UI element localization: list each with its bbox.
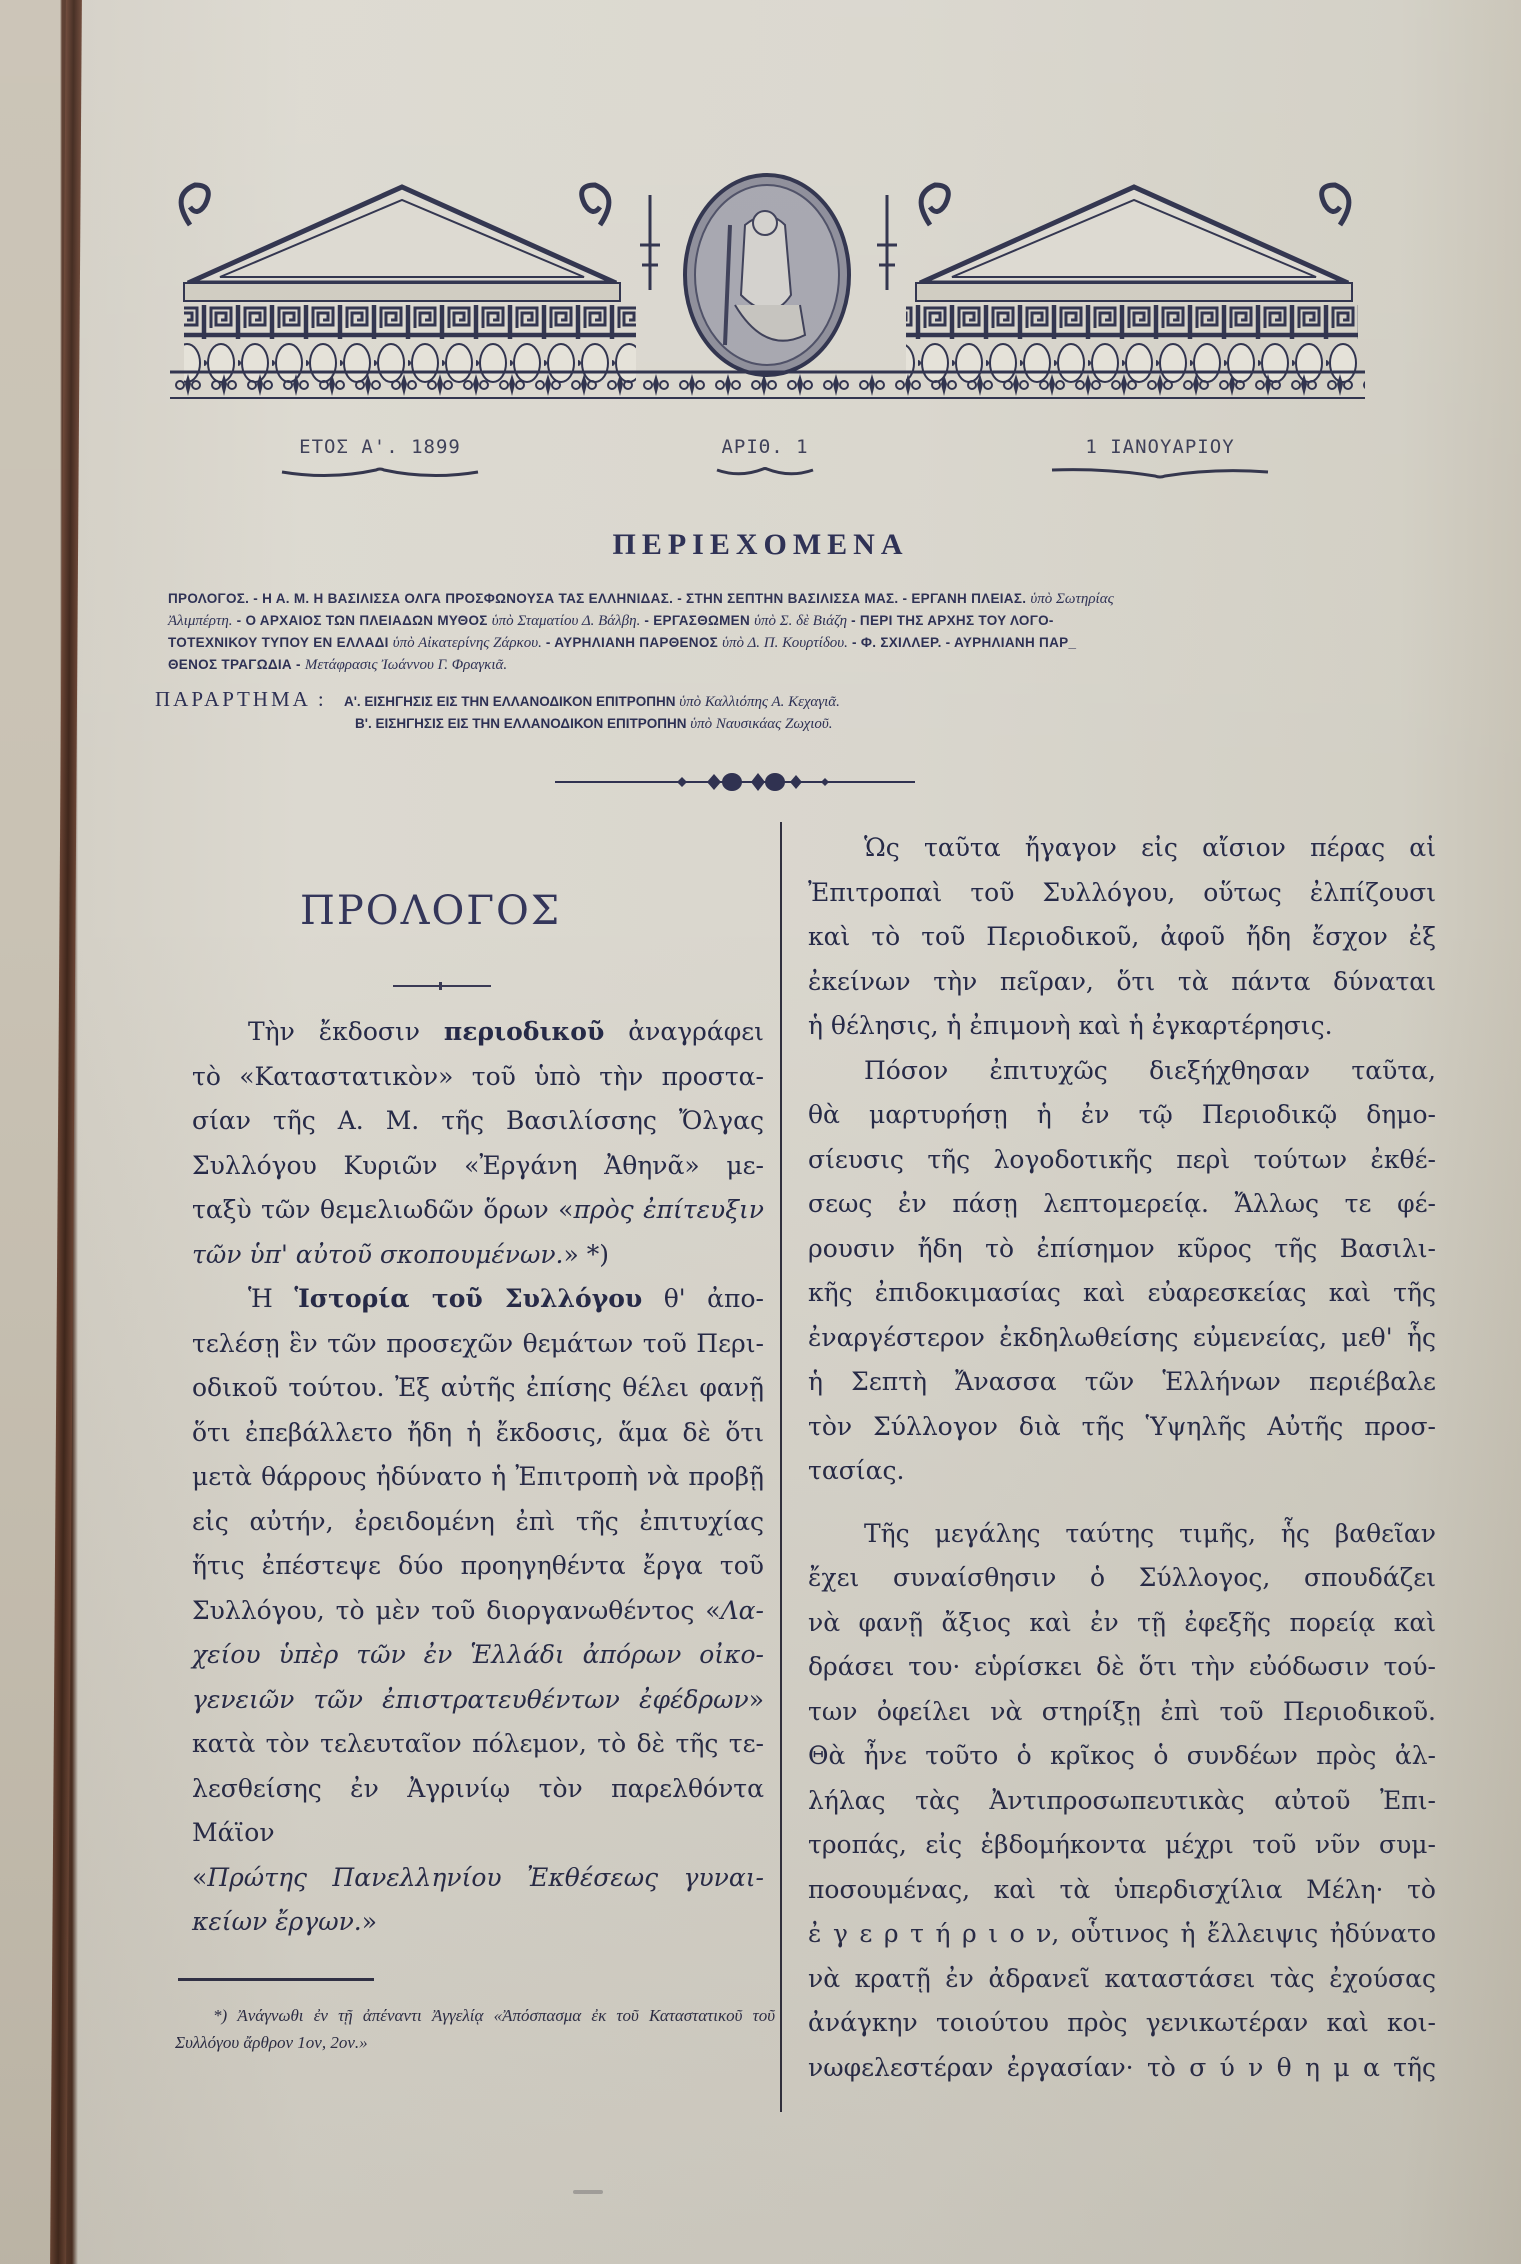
text-run: - ΠΕΡΙ ΤΗΣ ΑΡΧΗΣ ΤΟΥ ΛΟΓΟ- bbox=[847, 613, 1054, 628]
contents-title: ΠΕΡΙΕΧΟΜΕΝΑ bbox=[0, 528, 1521, 562]
text-line: των ὀφείλει νὰ στηρίξῃ ἐπὶ τοῦ Περιοδικο… bbox=[808, 1690, 1436, 1735]
text-run: ὑπὸ Σωτηρίας bbox=[1030, 591, 1113, 607]
text-line: Ἡ Ἱστορία τοῦ Συλλόγου θ' ἀπο- bbox=[192, 1277, 764, 1322]
text-run: καὶ τὸ τοῦ Περιοδικοῦ, ἀφοῦ ἤδη ἔσχον ἐξ bbox=[808, 922, 1436, 951]
text-line: λεσθείσης ἐν Ἀγρινίῳ τὸν παρελθόντα Μάϊο… bbox=[192, 1767, 764, 1856]
footnote-rule bbox=[178, 1978, 374, 1981]
text-line: τροπάς, εἰς ἑβδομήκοντα μέχρι τοῦ νῦν συ… bbox=[808, 1823, 1436, 1868]
text-line: Τὴν ἔκδοσιν περιοδικοῦ ἀναγράφει bbox=[192, 1010, 764, 1055]
text-line: ἡ Σεπτὴ Ἄνασσα τῶν Ἑλλήνων περιέβαλε bbox=[808, 1360, 1436, 1405]
text-run: τασίας. bbox=[808, 1456, 904, 1485]
text-run: ἡ Σεπτὴ Ἄνασσα τῶν Ἑλλήνων περιέβαλε bbox=[808, 1367, 1436, 1396]
appendix-label: ΠΑΡΑΡΤΗΜΑ : bbox=[155, 687, 327, 711]
text-run: τὸ «Καταστατικὸν» τοῦ ὑπὸ τὴν προστα- bbox=[192, 1062, 764, 1091]
text-run: πρὸς ἐπίτευξιν bbox=[573, 1195, 764, 1224]
text-line: Συλλόγου, τὸ μὲν τοῦ διοργανωθέντος «Λα- bbox=[192, 1589, 764, 1634]
title-rule bbox=[393, 985, 491, 987]
text-run: γενειῶν τῶν ἐπιστρατευθέντων ἐφέδρων bbox=[192, 1685, 749, 1714]
right-column: Ὡς ταῦτα ἤγαγον εἰς αἴσιον πέρας αἱἘπιτρ… bbox=[808, 826, 1436, 2090]
text-line: τὸ «Καταστατικὸν» τοῦ ὑπὸ τὴν προστα- bbox=[192, 1055, 764, 1100]
text-run: ΘΕΝΟΣ ΤΡΑΓΩΔΙΑ - bbox=[168, 657, 305, 672]
text-run: ἀναγράφει bbox=[604, 1017, 764, 1046]
text-run: οδικοῦ τούτου. Ἐξ αὐτῆς ἐπίσης θέλει φαν… bbox=[192, 1373, 764, 1402]
contents-list: ΠΡΟΛΟΓΟΣ. - Η Α. Μ. Η ΒΑΣΙΛΙΣΣΑ ΟΛΓΑ ΠΡΟ… bbox=[168, 588, 1413, 676]
text-line: οδικοῦ τούτου. Ἐξ αὐτῆς ἐπίσης θέλει φαν… bbox=[192, 1366, 764, 1411]
appendix: ΠΑΡΑΡΤΗΜΑ : Α'. ΕΙΣΗΓΗΣΙΣ ΕΙΣ ΤΗΝ ΕΛΛΑΝΟ… bbox=[155, 688, 1255, 735]
text-run: ρουσιν ἤδη τὸ ἐπίσημον κῦρος τῆς Βασιλι- bbox=[808, 1234, 1436, 1263]
text-run: ἐ γ ε ρ τ ή ρ ι ο ν, οὗτινος ἡ ἔλλειψις … bbox=[808, 1919, 1436, 1948]
text-run: κῆς ἐπιδοκιμασίας καὶ εὐαρεσκείας καὶ τῆ… bbox=[808, 1278, 1436, 1307]
contents-line: ΤΟΤΕΧΝΙΚΟΥ ΤΥΠΟΥ ΕΝ ΕΛΛΑΔΙ ὑπὸ Αἰκατερίν… bbox=[168, 632, 1413, 654]
text-line: θὰ μαρτυρήσῃ ἡ ἐν τῷ Περιοδικῷ δημο- bbox=[808, 1093, 1436, 1138]
left-column: Τὴν ἔκδοσιν περιοδικοῦ ἀναγράφειτὸ «Κατα… bbox=[192, 1010, 764, 1945]
text-run: λήλας τὰς Ἀντιπροσωπευτικὰς αὐτοῦ Ἐπι- bbox=[808, 1786, 1436, 1815]
text-line: ταξὺ τῶν θεμελιωδῶν ὅρων «πρὸς ἐπίτευξιν bbox=[192, 1188, 764, 1233]
right-pediment bbox=[877, 185, 1358, 385]
text-run: εἰς αὐτήν, ἐρειδομένη ἐπὶ τῆς ἐπιτυχίας bbox=[192, 1507, 764, 1536]
text-run: σεως ἐν πάσῃ λεπτομερείᾳ. Ἄλλως τε φέ- bbox=[808, 1189, 1436, 1218]
text-run: Ὡς ταῦτα ἤγαγον εἰς αἴσιον πέρας αἱ bbox=[864, 833, 1436, 862]
text-run: λεσθείσης ἐν Ἀγρινίῳ τὸν παρελθόντα Μάϊο… bbox=[192, 1774, 764, 1848]
text-run: σίευσις τῆς λογοδοτικῆς περὶ τούτων ἐκθέ… bbox=[808, 1145, 1436, 1174]
text-run: Ἱστορία τοῦ Συλλόγου bbox=[294, 1284, 642, 1313]
text-run: Ἡ bbox=[248, 1284, 294, 1313]
text-run: - ΕΡΓΑΣΘΩΜΕΝ bbox=[640, 613, 754, 628]
text-run: δράσει του· εὑρίσκει δὲ ὅτι τὴν εὐόδωσιν… bbox=[808, 1652, 1436, 1681]
text-run: νωφελεστέραν ἐργασίαν· τὸ σ ύ ν θ η μ α … bbox=[808, 2053, 1436, 2082]
text-run: ὑπὸ Σ. δὲ Βιάζη bbox=[754, 613, 847, 629]
text-line: ὅτι ἐπεβάλλετο ἤδη ἡ ἔκδοσις, ἅμα δὲ ὅτι bbox=[192, 1411, 764, 1456]
text-run: ὑπὸ Δ. Π. Κουρτίδου. bbox=[722, 635, 848, 651]
issue-date: 1 ΙΑΝΟΥΑΡΙΟΥ bbox=[1040, 436, 1280, 480]
text-run: των ὀφείλει νὰ στηρίξῃ ἐπὶ τοῦ Περιοδικο… bbox=[808, 1697, 1436, 1726]
issue-year: ΕΤΟΣ Α'. 1899 bbox=[270, 436, 490, 480]
text-line: ἐναργέστερον ἐκδηλωθείσης εὐμενείας, μεθ… bbox=[808, 1316, 1436, 1361]
text-line: Τῆς μεγάλης ταύτης τιμῆς, ἧς βαθεῖαν bbox=[808, 1512, 1436, 1557]
text-run: « bbox=[192, 1863, 207, 1892]
text-line: τασίας. bbox=[808, 1449, 1436, 1494]
text-run: Πόσον ἐπιτυχῶς διεξήχθησαν ταῦτα, bbox=[864, 1056, 1436, 1085]
swash-ornament-icon bbox=[1050, 464, 1270, 480]
text-line: ρουσιν ἤδη τὸ ἐπίσημον κῦρος τῆς Βασιλι- bbox=[808, 1227, 1436, 1272]
text-line: μετὰ θάρρους ἠδύνατο ἡ Ἐπιτροπὴ νὰ προβῇ bbox=[192, 1455, 764, 1500]
ornamental-divider-icon bbox=[555, 770, 915, 794]
text-line: εἰς αὐτήν, ἐρειδομένη ἐπὶ τῆς ἐπιτυχίας bbox=[192, 1500, 764, 1545]
text-line: ἡ θέλησις, ἡ ἐπιμονὴ καὶ ἡ ἐγκαρτέρησις. bbox=[808, 1004, 1436, 1049]
text-run: ποσουμένας, καὶ τὰ ὑπερδισχίλια Μέλη· τὸ bbox=[808, 1875, 1436, 1904]
text-line: καὶ τὸ τοῦ Περιοδικοῦ, ἀφοῦ ἤδη ἔσχον ἐξ bbox=[808, 915, 1436, 960]
text-run: κατὰ τὸν τελευταῖον πόλεμον, τὸ δὲ τῆς τ… bbox=[192, 1729, 764, 1758]
text-line: ἥτις ἐπέστεψε δύο προηγηθέντα ἔργα τοῦ bbox=[192, 1544, 764, 1589]
contents-line: Ἀλιμπέρτη. - Ο ΑΡΧΑΙΟΣ ΤΩΝ ΠΛΕΙΑΔΩΝ ΜΥΘΟ… bbox=[168, 610, 1413, 632]
text-run: - Φ. ΣΧΙΛΛΕΡ. - ΑΥΡΗΛΙΑΝΗ ΠΑΡ_ bbox=[848, 635, 1076, 650]
text-run: κείων ἔργων. bbox=[192, 1907, 362, 1936]
text-line: Ἐπιτροπαὶ τοῦ Συλλόγου, οὕτως ἐλπίζουσι bbox=[808, 871, 1436, 916]
text-line: ἔχει συναίσθησιν ὁ Σύλλογος, σπουδάζει bbox=[808, 1556, 1436, 1601]
text-run: ἐκείνων τὴν πεῖραν, ὅτι τὰ πάντα δύναται bbox=[808, 967, 1436, 996]
text-run: περιοδικοῦ bbox=[444, 1017, 604, 1046]
text-line: Συλλόγου Κυριῶν «Ἐργάνη Ἀθηνᾶ» με- bbox=[192, 1144, 764, 1189]
text-run: ὑπὸ Σταματίου Δ. Βάλβη. bbox=[492, 613, 641, 629]
text-run: Τὴν ἔκδοσιν bbox=[248, 1017, 444, 1046]
appendix-row: ΠΑΡΑΡΤΗΜΑ : Α'. ΕΙΣΗΓΗΣΙΣ ΕΙΣ ΤΗΝ ΕΛΛΑΝΟ… bbox=[155, 688, 1255, 713]
text-line: ποσουμένας, καὶ τὰ ὑπερδισχίλια Μέλη· τὸ bbox=[808, 1868, 1436, 1913]
text-run: νὰ κρατῇ ἐν ἀδρανεῖ καταστάσει τὰς ἐχούσ… bbox=[808, 1964, 1436, 1993]
swash-ornament-icon bbox=[715, 464, 815, 478]
text-line: νωφελεστέραν ἐργασίαν· τὸ σ ύ ν θ η μ α … bbox=[808, 2046, 1436, 2091]
masthead-engraving bbox=[170, 165, 1365, 390]
text-run: ἥτις ἐπέστεψε δύο προηγηθέντα ἔργα τοῦ bbox=[192, 1551, 764, 1580]
text-line: τελέσῃ ἓν τῶν προσεχῶν θεμάτων τοῦ Περι- bbox=[192, 1322, 764, 1367]
text-run: νὰ φανῇ ἄξιος καὶ ἐν τῇ ἐφεξῆς πορείᾳ κα… bbox=[808, 1608, 1436, 1637]
text-line: γενειῶν τῶν ἐπιστρατευθέντων ἐφέδρων» bbox=[192, 1678, 764, 1723]
text-run: τῶν ὑπ' αὐτοῦ σκοπουμένων. bbox=[192, 1240, 564, 1269]
text-line: Πόσον ἐπιτυχῶς διεξήχθησαν ταῦτα, bbox=[808, 1049, 1436, 1094]
issue-number: ΑΡΙΘ. 1 bbox=[710, 436, 820, 478]
text-line: Θὰ ἦνε τοῦτο ὁ κρῖκος ὁ συνδέων πρὸς ἀλ- bbox=[808, 1734, 1436, 1779]
text-run: » bbox=[362, 1907, 377, 1936]
contents-line: ΠΡΟΛΟΓΟΣ. - Η Α. Μ. Η ΒΑΣΙΛΙΣΣΑ ΟΛΓΑ ΠΡΟ… bbox=[168, 588, 1413, 610]
text-run: Πρώτης Πανελληνίου Ἐκθέσεως γυναι- bbox=[207, 1863, 764, 1892]
text-run: Μετάφρασις Ἰωάννου Γ. Φραγκιᾶ. bbox=[305, 657, 507, 673]
text-run: ἐναργέστερον ἐκδηλωθείσης εὐμενείας, μεθ… bbox=[808, 1323, 1436, 1352]
text-line: κῆς ἐπιδοκιμασίας καὶ εὐαρεσκείας καὶ τῆ… bbox=[808, 1271, 1436, 1316]
text-run: Λα- bbox=[721, 1596, 764, 1625]
text-run: ἔχει συναίσθησιν ὁ Σύλλογος, σπουδάζει bbox=[808, 1563, 1436, 1592]
text-run: - Ο ΑΡΧΑΙΟΣ ΤΩΝ ΠΛΕΙΑΔΩΝ ΜΥΘΟΣ bbox=[233, 613, 492, 628]
text-run: Συλλόγου, τὸ μὲν τοῦ διοργανωθέντος « bbox=[192, 1596, 721, 1625]
anthemion-band bbox=[170, 370, 1365, 400]
text-line: Ὡς ταῦτα ἤγαγον εἰς αἴσιον πέρας αἱ bbox=[808, 826, 1436, 871]
text-run: σίαν τῆς Α. Μ. τῆς Βασιλίσσης Ὄλγας bbox=[192, 1106, 764, 1135]
column-rule bbox=[780, 822, 782, 2112]
swash-ornament-icon bbox=[280, 464, 480, 480]
text-run: ὑπὸ Αἰκατερίνης Ζάρκου. bbox=[393, 635, 542, 651]
text-run: Τῆς μεγάλης ταύτης τιμῆς, ἧς βαθεῖαν bbox=[864, 1519, 1436, 1548]
text-line: σεως ἐν πάσῃ λεπτομερείᾳ. Ἄλλως τε φέ- bbox=[808, 1182, 1436, 1227]
text-run: ταξὺ τῶν θεμελιωδῶν ὅρων « bbox=[192, 1195, 573, 1224]
text-run: » bbox=[749, 1685, 764, 1714]
text-line: τῶν ὑπ' αὐτοῦ σκοπουμένων.» *) bbox=[192, 1233, 764, 1278]
text-line: τὸν Σύλλογον διὰ τῆς Ὑψηλῆς Αὐτῆς προσ- bbox=[808, 1405, 1436, 1450]
page-mark bbox=[573, 2190, 603, 2194]
text-run: ὅτι ἐπεβάλλετο ἤδη ἡ ἔκδοσις, ἅμα δὲ ὅτι bbox=[192, 1418, 764, 1447]
text-line: ἐ γ ε ρ τ ή ρ ι ο ν, οὗτινος ἡ ἔλλειψις … bbox=[808, 1912, 1436, 1957]
text-line: νὰ φανῇ ἄξιος καὶ ἐν τῇ ἐφεξῆς πορείᾳ κα… bbox=[808, 1601, 1436, 1646]
text-run: ΤΟΤΕΧΝΙΚΟΥ ΤΥΠΟΥ ΕΝ ΕΛΛΑΔΙ bbox=[168, 635, 393, 650]
article-title: ΠΡΟΛΟΓΟΣ bbox=[300, 888, 600, 934]
text-line: ἀνάγκην τοιούτου πρὸς γενικωτέραν καὶ κο… bbox=[808, 2001, 1436, 2046]
text-run: ΠΡΟΛΟΓΟΣ. - Η Α. Μ. Η ΒΑΣΙΛΙΣΣΑ ΟΛΓΑ ΠΡΟ… bbox=[168, 591, 1030, 606]
appendix-row: Β'. ΕΙΣΗΓΗΣΙΣ ΕΙΣ ΤΗΝ ΕΛΛΑΝΟΔΙΚΟΝ ΕΠΙΤΡΟ… bbox=[155, 713, 1255, 735]
athena-medallion bbox=[685, 175, 849, 375]
text-run: τελέσῃ ἓν τῶν προσεχῶν θεμάτων τοῦ Περι- bbox=[192, 1329, 764, 1358]
text-line: «Πρώτης Πανελληνίου Ἐκθέσεως γυναι- bbox=[192, 1856, 764, 1901]
text-run: Ἐπιτροπαὶ τοῦ Συλλόγου, οὕτως ἐλπίζουσι bbox=[808, 878, 1436, 907]
text-line: χείου ὑπὲρ τῶν ἐν Ἑλλάδι ἀπόρων οἰκο- bbox=[192, 1633, 764, 1678]
text-line: ἐκείνων τὴν πεῖραν, ὅτι τὰ πάντα δύναται bbox=[808, 960, 1436, 1005]
text-run: Θὰ ἦνε τοῦτο ὁ κρῖκος ὁ συνδέων πρὸς ἀλ- bbox=[808, 1741, 1436, 1770]
text-run: Ἀλιμπέρτη. bbox=[168, 613, 233, 629]
text-run: » *) bbox=[564, 1240, 610, 1269]
text-run: Συλλόγου Κυριῶν «Ἐργάνη Ἀθηνᾶ» με- bbox=[192, 1151, 764, 1180]
pediment-frieze-icon bbox=[170, 165, 1365, 390]
text-run: ἡ θέλησις, ἡ ἐπιμονὴ καὶ ἡ ἐγκαρτέρησις. bbox=[808, 1011, 1333, 1040]
text-run: ἀνάγκην τοιούτου πρὸς γενικωτέραν καὶ κο… bbox=[808, 2008, 1436, 2037]
text-line: κείων ἔργων.» bbox=[192, 1900, 764, 1945]
contents-line: ΘΕΝΟΣ ΤΡΑΓΩΔΙΑ - Μετάφρασις Ἰωάννου Γ. Φ… bbox=[168, 654, 1413, 676]
text-run: μετὰ θάρρους ἠδύνατο ἡ Ἐπιτροπὴ νὰ προβῇ bbox=[192, 1462, 764, 1491]
text-run: θ' ἀπο- bbox=[642, 1284, 764, 1313]
text-line: κατὰ τὸν τελευταῖον πόλεμον, τὸ δὲ τῆς τ… bbox=[192, 1722, 764, 1767]
text-line: σίαν τῆς Α. Μ. τῆς Βασιλίσσης Ὄλγας bbox=[192, 1099, 764, 1144]
book-spine bbox=[50, 0, 82, 2264]
text-run: χείου ὑπὲρ τῶν ἐν Ἑλλάδι ἀπόρων οἰκο- bbox=[192, 1640, 764, 1669]
left-pediment bbox=[181, 185, 660, 385]
issue-line: ΕΤΟΣ Α'. 1899 ΑΡΙΘ. 1 1 ΙΑΝΟΥΑΡΙΟΥ bbox=[0, 436, 1521, 486]
footnote: *) Ἀνάγνωθι ἐν τῇ ἀπέναντι Ἀγγελίᾳ «Ἀπόσ… bbox=[175, 2002, 775, 2056]
text-line: λήλας τὰς Ἀντιπροσωπευτικὰς αὐτοῦ Ἐπι- bbox=[808, 1779, 1436, 1824]
text-run: θὰ μαρτυρήσῃ ἡ ἐν τῷ Περιοδικῷ δημο- bbox=[808, 1100, 1436, 1129]
text-line: νὰ κρατῇ ἐν ἀδρανεῖ καταστάσει τὰς ἐχούσ… bbox=[808, 1957, 1436, 2002]
text-run: τὸν Σύλλογον διὰ τῆς Ὑψηλῆς Αὐτῆς προσ- bbox=[808, 1412, 1436, 1441]
text-line: δράσει του· εὑρίσκει δὲ ὅτι τὴν εὐόδωσιν… bbox=[808, 1645, 1436, 1690]
text-run: τροπάς, εἰς ἑβδομήκοντα μέχρι τοῦ νῦν συ… bbox=[808, 1830, 1436, 1859]
text-line: σίευσις τῆς λογοδοτικῆς περὶ τούτων ἐκθέ… bbox=[808, 1138, 1436, 1183]
text-run: - ΑΥΡΗΛΙΑΝΗ ΠΑΡΘΕΝΟΣ bbox=[542, 635, 722, 650]
